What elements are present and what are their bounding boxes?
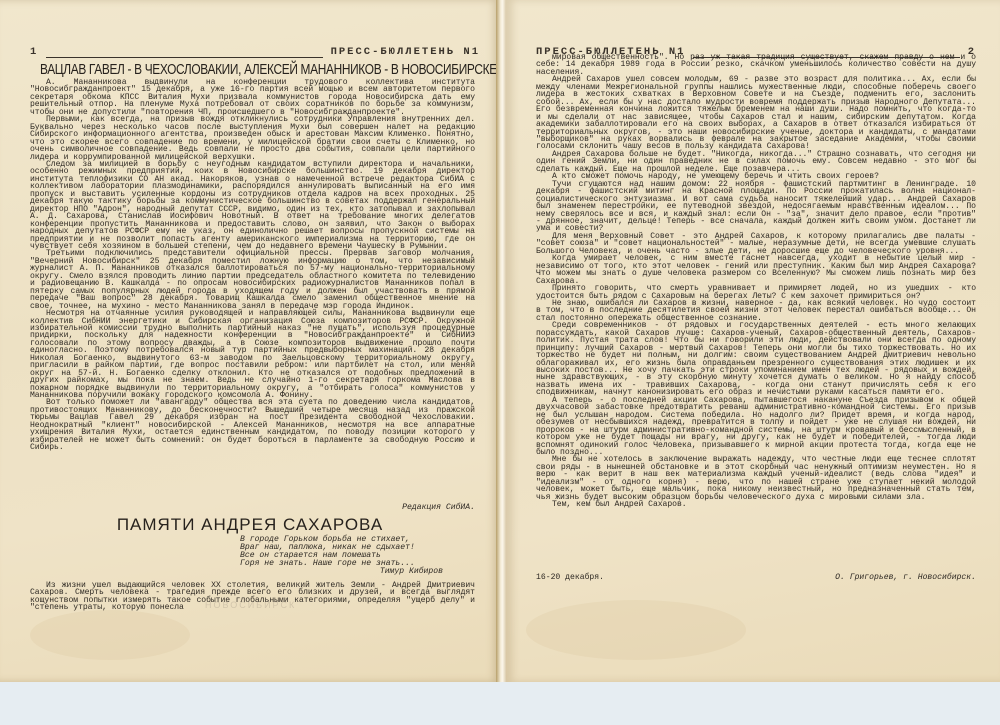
paragraph: Третьими подключились представители офиц… [30, 250, 475, 310]
paragraph: Не знаю, ошибался ли Сахаров в жизни, на… [536, 300, 976, 322]
paragraph: Тучи сгущаются над нашим домом: 22 ноябр… [536, 181, 976, 233]
running-head-left: 1 ПРЕСС-БЮЛЛЕТЕНЬ N1 [30, 46, 480, 58]
article-date: 16-20 декабря. [536, 573, 604, 582]
running-head-title: ПРЕСС-БЮЛЛЕТЕНЬ N1 [331, 46, 480, 58]
paragraph: Среди современников - от рядовых и госуд… [536, 322, 976, 397]
paragraph: Первыми, как всегда, на призыв вождя отк… [30, 116, 475, 161]
poem-epigraph: В городе Горьком борьба не стихает,Враг … [240, 536, 435, 576]
paragraph: мировая общественность". Но раз уж такая… [536, 54, 976, 76]
memorial-title: ПАМЯТИ АНДРЕЯ САХАРОВА [0, 515, 500, 535]
poem-author: Тимур Кибиров [240, 568, 443, 576]
paragraph: А теперь - о последней акции Сахарова, п… [536, 397, 976, 457]
article-body: А. Мананникова выдвинули на конференции … [30, 79, 475, 452]
paper-stain [30, 610, 190, 660]
paragraph: Вот только поможет ли "авангарду" общест… [30, 399, 475, 451]
article-author: О. Григорьев, г. Новосибирск. [835, 573, 976, 582]
article-signature: Редакция СибИА. [30, 503, 475, 512]
paragraph: А. Мананникова выдвинули на конференции … [30, 79, 475, 116]
page-right: ПРЕСС-БЮЛЛЕТЕНЬ N1 2 мировая общественно… [506, 0, 1000, 682]
paragraph: Когда умирает человек, с ним вместе гасн… [536, 255, 976, 285]
paragraph: Следом за милицией в борьбу с неугодным … [30, 161, 475, 250]
paragraph: Мне бы не хотелось в заключение выражать… [536, 456, 976, 501]
paragraph: Несмотря на отчаянные усилия руководящей… [30, 310, 475, 399]
newsletter-spread: 1 ПРЕСС-БЮЛЛЕТЕНЬ N1 ВАЦЛАВ ГАВЕЛ - В ЧЕ… [0, 0, 1000, 682]
paper-stain [526, 600, 746, 660]
paragraph: Тем, кем был Андрей Сахаров. [536, 501, 976, 508]
paragraph: Принято говорить, что смерть уравнивает … [536, 285, 976, 300]
page-number: 1 [30, 46, 38, 58]
memorial-body: мировая общественность". Но раз уж такая… [536, 54, 976, 509]
dateline: 16-20 декабря. О. Григорьев, г. Новосиби… [536, 573, 976, 582]
page-left: 1 ПРЕСС-БЮЛЛЕТЕНЬ N1 ВАЦЛАВ ГАВЕЛ - В ЧЕ… [0, 0, 500, 682]
rule [46, 49, 322, 58]
paragraph: Андрея Сахарова больше не будет. "Никогд… [536, 151, 976, 173]
paragraph: Для меня Верховный Совет - это Андрей Са… [536, 233, 976, 255]
bleed-through-text: НОВОСИБИРСК [205, 600, 296, 610]
paragraph: Андрей Сахаров ушел совсем молодым, 69 -… [536, 76, 976, 151]
article-headline: ВАЦЛАВ ГАВЕЛ - В ЧЕХОСЛОВАКИИ, АЛЕКСЕЙ М… [40, 62, 466, 78]
